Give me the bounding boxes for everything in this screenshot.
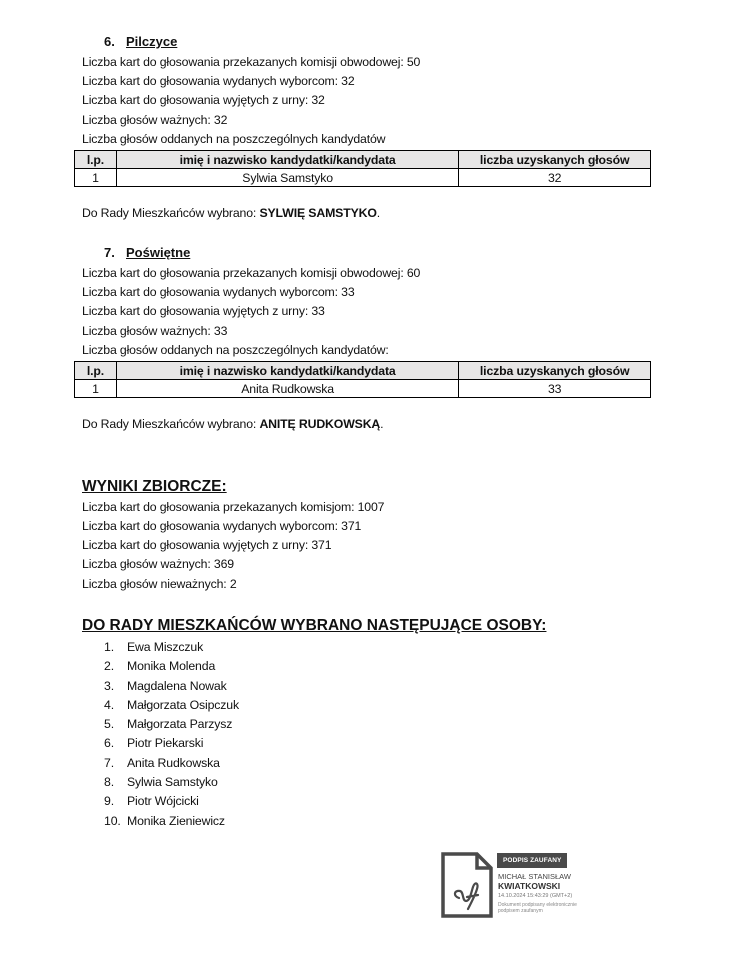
district-heading-pilczyce: 6.Pilczyce: [104, 33, 177, 51]
list-item: 7.Anita Rudkowska: [104, 754, 239, 773]
column-header-votes: liczba uzyskanych głosów: [459, 362, 651, 380]
elected-prefix: Do Rady Mieszkańców wybrano:: [82, 206, 259, 220]
elected-prefix: Do Rady Mieszkańców wybrano:: [82, 417, 259, 431]
elected-statement-poswietne: Do Rady Mieszkańców wybrano: ANITĘ RUDKO…: [82, 416, 383, 432]
cell-lp: 1: [75, 380, 117, 398]
signer-name-line2: KWIATKOWSKI: [498, 881, 560, 891]
signature-badge: PODPIS ZAUFANY: [497, 853, 567, 868]
member-name: Monika Molenda: [127, 659, 215, 673]
cell-votes: 33: [459, 380, 651, 398]
table-header-row: l.p. imię i nazwisko kandydatki/kandydat…: [75, 151, 651, 169]
column-header-votes: liczba uzyskanych głosów: [459, 151, 651, 169]
list-item: 8.Sylwia Samstyko: [104, 773, 239, 792]
document-page: 6.Pilczyce Liczba kart do głosowania prz…: [0, 0, 729, 968]
list-item: 1.Ewa Miszczuk: [104, 638, 239, 657]
signer-name-line1: MICHAŁ STANISŁAW: [498, 872, 571, 881]
district-name: Pilczyce: [126, 34, 177, 49]
stat-line: Liczba kart do głosowania wydanych wybor…: [82, 284, 355, 300]
signed-document-icon: [440, 851, 494, 919]
trusted-signature-stamp: PODPIS ZAUFANY MICHAŁ STANISŁAW KWIATKOW…: [440, 851, 600, 921]
member-name: Magdalena Nowak: [127, 679, 227, 693]
list-index: 6.: [104, 734, 127, 753]
cell-lp: 1: [75, 169, 117, 187]
list-index: 8.: [104, 773, 127, 792]
member-name: Piotr Piekarski: [127, 736, 203, 750]
district-name: Poświętne: [126, 245, 190, 260]
list-index: 4.: [104, 696, 127, 715]
elected-list-heading: DO RADY MIESZKAŃCÓW WYBRANO NASTĘPUJĄCE …: [82, 616, 546, 636]
list-item: 3.Magdalena Nowak: [104, 677, 239, 696]
list-item: 10.Monika Zieniewicz: [104, 812, 239, 831]
column-header-lp: l.p.: [75, 362, 117, 380]
elected-name: ANITĘ RUDKOWSKĄ: [259, 417, 380, 431]
member-name: Małgorzata Osipczuk: [127, 698, 239, 712]
stat-line: Liczba kart do głosowania wyjętych z urn…: [82, 303, 325, 319]
table-row: 1 Sylwia Samstyko 32: [75, 169, 651, 187]
list-index: 2.: [104, 657, 127, 676]
table-header-row: l.p. imię i nazwisko kandydatki/kandydat…: [75, 362, 651, 380]
member-name: Ewa Miszczuk: [127, 640, 203, 654]
list-index: 5.: [104, 715, 127, 734]
elected-statement-pilczyce: Do Rady Mieszkańców wybrano: SYLWIĘ SAMS…: [82, 205, 380, 221]
district-number: 6.: [104, 33, 126, 51]
stat-line: Liczba głosów ważnych: 32: [82, 112, 227, 128]
list-index: 3.: [104, 677, 127, 696]
stat-line: Liczba kart do głosowania przekazanych k…: [82, 54, 420, 70]
table-row: 1 Anita Rudkowska 33: [75, 380, 651, 398]
signature-datetime: 14.10.2024 15:43:29 (GMT+2): [498, 893, 572, 899]
district-number: 7.: [104, 244, 126, 262]
list-index: 9.: [104, 792, 127, 811]
list-item: 2.Monika Molenda: [104, 657, 239, 676]
elected-name: SYLWIĘ SAMSTYKO: [259, 206, 376, 220]
list-index: 7.: [104, 754, 127, 773]
elected-members-list: 1.Ewa Miszczuk 2.Monika Molenda 3.Magdal…: [104, 638, 239, 831]
member-name: Anita Rudkowska: [127, 756, 220, 770]
list-index: 10.: [104, 812, 127, 831]
list-index: 1.: [104, 638, 127, 657]
signature-note: Dokument podpisany elektronicznie podpis…: [498, 902, 598, 914]
member-name: Monika Zieniewicz: [127, 814, 225, 828]
summary-stat-line: Liczba kart do głosowania wyjętych z urn…: [82, 537, 331, 553]
cell-candidate: Anita Rudkowska: [116, 380, 458, 398]
member-name: Sylwia Samstyko: [127, 775, 218, 789]
column-header-candidate: imię i nazwisko kandydatki/kandydata: [116, 151, 458, 169]
stat-line: Liczba kart do głosowania wydanych wybor…: [82, 73, 355, 89]
votes-table-poswietne: l.p. imię i nazwisko kandydatki/kandydat…: [74, 361, 651, 398]
stat-line: Liczba głosów oddanych na poszczególnych…: [82, 342, 389, 358]
list-item: 5.Małgorzata Parzysz: [104, 715, 239, 734]
cell-candidate: Sylwia Samstyko: [116, 169, 458, 187]
summary-stat-line: Liczba kart do głosowania wydanych wybor…: [82, 518, 361, 534]
list-item: 6.Piotr Piekarski: [104, 734, 239, 753]
summary-stat-line: Liczba głosów nieważnych: 2: [82, 576, 237, 592]
stat-line: Liczba kart do głosowania wyjętych z urn…: [82, 92, 325, 108]
cell-votes: 32: [459, 169, 651, 187]
list-item: 4.Małgorzata Osipczuk: [104, 696, 239, 715]
stat-line: Liczba głosów ważnych: 33: [82, 323, 227, 339]
member-name: Małgorzata Parzysz: [127, 717, 232, 731]
member-name: Piotr Wójcicki: [127, 794, 199, 808]
stat-line: Liczba kart do głosowania przekazanych k…: [82, 265, 420, 281]
summary-stat-line: Liczba głosów ważnych: 369: [82, 556, 234, 572]
summary-heading: WYNIKI ZBIORCZE:: [82, 477, 227, 497]
stat-line: Liczba głosów oddanych na poszczególnych…: [82, 131, 385, 147]
summary-stat-line: Liczba kart do głosowania przekazanych k…: [82, 499, 384, 515]
elected-suffix: .: [377, 206, 380, 220]
votes-table-pilczyce: l.p. imię i nazwisko kandydatki/kandydat…: [74, 150, 651, 187]
elected-suffix: .: [380, 417, 383, 431]
district-heading-poswietne: 7.Poświętne: [104, 244, 190, 262]
column-header-lp: l.p.: [75, 151, 117, 169]
column-header-candidate: imię i nazwisko kandydatki/kandydata: [116, 362, 458, 380]
list-item: 9.Piotr Wójcicki: [104, 792, 239, 811]
